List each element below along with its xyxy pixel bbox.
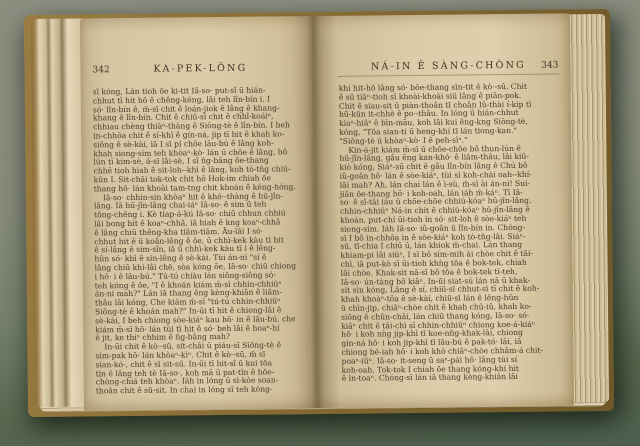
page-left: 342 KA-PEK-LÔNG sī kóng, Lán tioh ōe ki-…	[80, 16, 316, 410]
text-block-left: sī kóng, Lán tioh ōe ki-tit Iâ-so· put-s…	[93, 86, 312, 396]
page-edges-left	[31, 18, 87, 407]
text-block-right: khí hit-hō lâng só· bōe-thang sìn-tit ê …	[339, 82, 562, 383]
running-head-left: 342 KA-PEK-LÔNG	[92, 62, 308, 75]
page-right: NÁ-IN Ê SÀNG-CHÒNG 343 khí hit-hō lâng s…	[312, 13, 574, 408]
running-title-left: KA-PEK-LÔNG	[126, 62, 274, 75]
page-edges-right	[569, 14, 609, 402]
text-line: ê in-toaⁿ. Chóng-sī lán iā thang kèng-kh…	[342, 373, 562, 384]
page-number-right: 343	[526, 60, 559, 70]
header-rule	[339, 73, 559, 76]
running-head-right: NÁ-IN Ê SÀNG-CHÒNG 343	[338, 59, 558, 72]
photo-background: 342 KA-PEK-LÔNG sī kóng, Lán tioh ōe ki-…	[0, 0, 640, 446]
running-title-right: NÁ-IN Ê SÀNG-CHÒNG	[371, 60, 526, 73]
text-line: thoân chit ê sū-sit. In chai in lóng sī …	[96, 385, 312, 396]
open-book: 342 KA-PEK-LÔNG sī kóng, Lán tioh ōe ki-…	[24, 9, 614, 417]
page-number-left: 342	[92, 65, 126, 75]
